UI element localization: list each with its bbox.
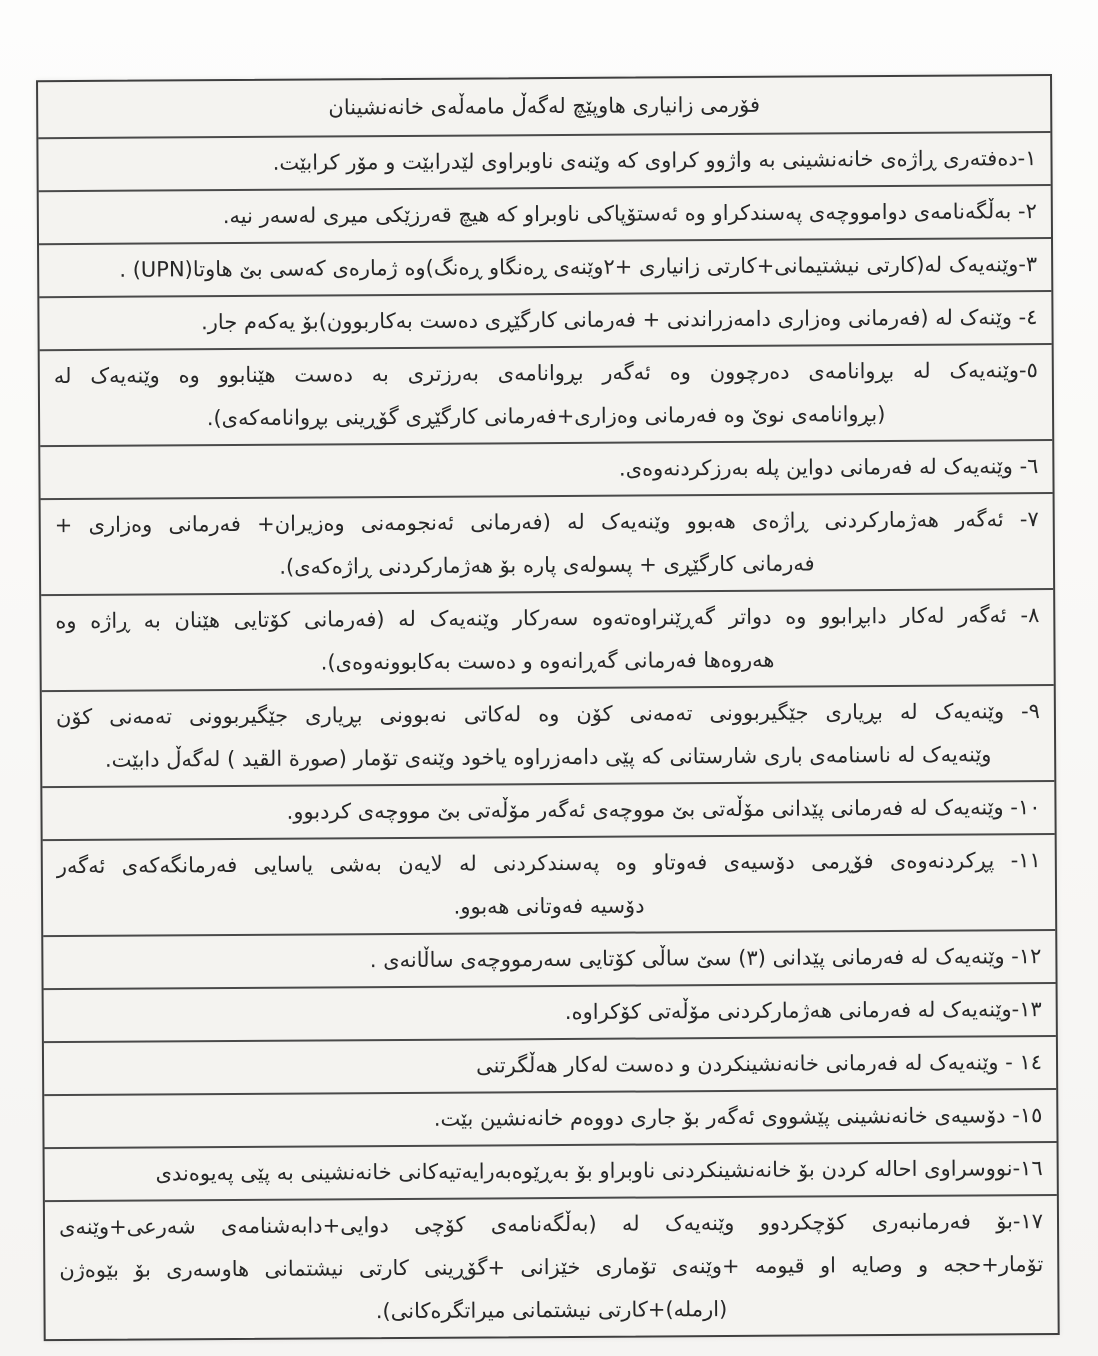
form-row-7-text: ٧- ئەگەر هەژمارکردنی ڕاژەی هەبوو وێنەیەک… xyxy=(55,498,1039,547)
pension-attachment-form-table: فۆرمی زانیاری هاوپێچ لەگەڵ مامەڵەی خانەن… xyxy=(36,74,1060,1341)
form-row-11-text: دۆسیە فەوتانی هەبوو. xyxy=(57,882,1041,931)
form-row-15-text: ١٥- دۆسیەی خانەنشینی پێشووی ئەگەر بۆ جار… xyxy=(58,1094,1042,1143)
form-title: فۆرمی زانیاری هاوپێچ لەگەڵ مامەڵەی خانەن… xyxy=(52,82,1036,131)
form-row-12-text: ١٢- وێنەیەک لە فەرمانی پێدانی (٣) سێ ساڵ… xyxy=(57,935,1041,984)
form-row-16: ١٦-نووسراوی احاله کردن بۆ خانەنشینکردنی … xyxy=(45,1143,1057,1202)
form-row-12: ١٢- وێنەیەک لە فەرمانی پێدانی (٣) سێ ساڵ… xyxy=(43,931,1055,990)
form-row-5-text: (بڕوانامەی نوێ وە فەرمانی وەزاری+فەرمانی… xyxy=(54,392,1038,441)
form-row-1-text: ١-دەفتەری ڕاژەی خانەنشینی بە واژوو کراوی… xyxy=(52,137,1036,186)
form-row-17: ١٧-بۆ فەرمانبەری کۆچکردوو وێنەیەک لە (بە… xyxy=(45,1196,1058,1339)
form-row-6: ٦- وێنەیەک لە فەرمانی دواین پلە بەرزکردن… xyxy=(40,441,1052,500)
form-row-15: ١٥- دۆسیەی خانەنشینی پێشووی ئەگەر بۆ جار… xyxy=(44,1090,1056,1149)
form-row-11: ١١- پڕکردنەوەی فۆڕمی دۆسیەی فەوتاو وە پە… xyxy=(43,835,1056,937)
form-row-2-text: ٢- بەڵگەنامەی دوامووچەی پەسندکراو وە ئەس… xyxy=(53,190,1037,239)
form-title-row: فۆرمی زانیاری هاوپێچ لەگەڵ مامەڵەی خانەن… xyxy=(38,76,1050,139)
form-row-13-text: ١٣-وێنەیەک لە فەرمانی هەژمارکردنی مۆڵەتی… xyxy=(58,988,1042,1037)
form-row-16-text: ١٦-نووسراوی احاله کردن بۆ خانەنشینکردنی … xyxy=(59,1147,1043,1196)
form-row-8-text: ٨- ئەگەر لەکار دابڕابوو وە دواتر گەڕێنرا… xyxy=(55,594,1039,643)
scanned-page: فۆرمی زانیاری هاوپێچ لەگەڵ مامەڵەی خانەن… xyxy=(0,0,1098,1356)
form-row-13: ١٣-وێنەیەک لە فەرمانی هەژمارکردنی مۆڵەتی… xyxy=(44,984,1056,1043)
form-row-5-text: ٥-وێنەیەک لە بڕوانامەی دەرچوون وە ئەگەر … xyxy=(54,349,1038,398)
form-row-9: ٩- وێنەیەک لە بڕیاری جێگیربوونی تەمەنی ک… xyxy=(42,686,1055,788)
form-row-3-text: ٣-وێنەیەک لە(کارتی نیشتیمانی+کارتی زانیا… xyxy=(53,243,1037,292)
form-row-1: ١-دەفتەری ڕاژەی خانەنشینی بە واژوو کراوی… xyxy=(38,133,1050,192)
form-row-14-text: ١٤ - وێنەیەک لە فەرمانی خانەنشینکردن و د… xyxy=(58,1041,1042,1090)
form-row-7-text: فەرمانی کارگێڕی + پسولەی پارە بۆ هەژمارک… xyxy=(55,541,1039,590)
form-row-8: ٨- ئەگەر لەکار دابڕابوو وە دواتر گەڕێنرا… xyxy=(41,590,1054,692)
form-row-17-text: (ارمله)+کارتی نیشتمانی میراتگرەکانی). xyxy=(59,1286,1043,1335)
form-row-14: ١٤ - وێنەیەک لە فەرمانی خانەنشینکردن و د… xyxy=(44,1037,1056,1096)
form-row-8-text: هەروەها فەرمانی گەڕانەوە و دەست بەکابوون… xyxy=(55,637,1039,686)
form-row-2: ٢- بەڵگەنامەی دوامووچەی پەسندکراو وە ئەس… xyxy=(39,186,1051,245)
form-row-10-text: ١٠- وێنەیەک لە فەرمانی پێدانی مۆڵەتی بێ … xyxy=(56,786,1040,835)
form-row-9-text: وێنەیەک لە ناسنامەی باری شارستانی کە پێی… xyxy=(56,733,1040,782)
form-row-11-text: ١١- پڕکردنەوەی فۆڕمی دۆسیەی فەوتاو وە پە… xyxy=(57,839,1041,888)
form-row-5: ٥-وێنەیەک لە بڕوانامەی دەرچوون وە ئەگەر … xyxy=(40,345,1053,447)
form-row-4-text: ٤- وێنەک لە (فەرمانی وەزاری دامەزراندنی … xyxy=(53,296,1037,345)
form-row-9-text: ٩- وێنەیەک لە بڕیاری جێگیربوونی تەمەنی ک… xyxy=(56,690,1040,739)
form-row-17-text: ١٧-بۆ فەرمانبەری کۆچکردوو وێنەیەک لە (بە… xyxy=(59,1200,1043,1249)
form-row-7: ٧- ئەگەر هەژمارکردنی ڕاژەی هەبوو وێنەیەک… xyxy=(41,494,1054,596)
form-row-3: ٣-وێنەیەک لە(کارتی نیشتیمانی+کارتی زانیا… xyxy=(39,239,1051,298)
form-row-4: ٤- وێنەک لە (فەرمانی وەزاری دامەزراندنی … xyxy=(39,292,1051,351)
form-row-10: ١٠- وێنەیەک لە فەرمانی پێدانی مۆڵەتی بێ … xyxy=(42,782,1054,841)
form-row-6-text: ٦- وێنەیەک لە فەرمانی دواین پلە بەرزکردن… xyxy=(54,445,1038,494)
form-row-17-text: تۆمار+حجه و وصایه او قیومه +وێنەی تۆماری… xyxy=(59,1243,1043,1292)
